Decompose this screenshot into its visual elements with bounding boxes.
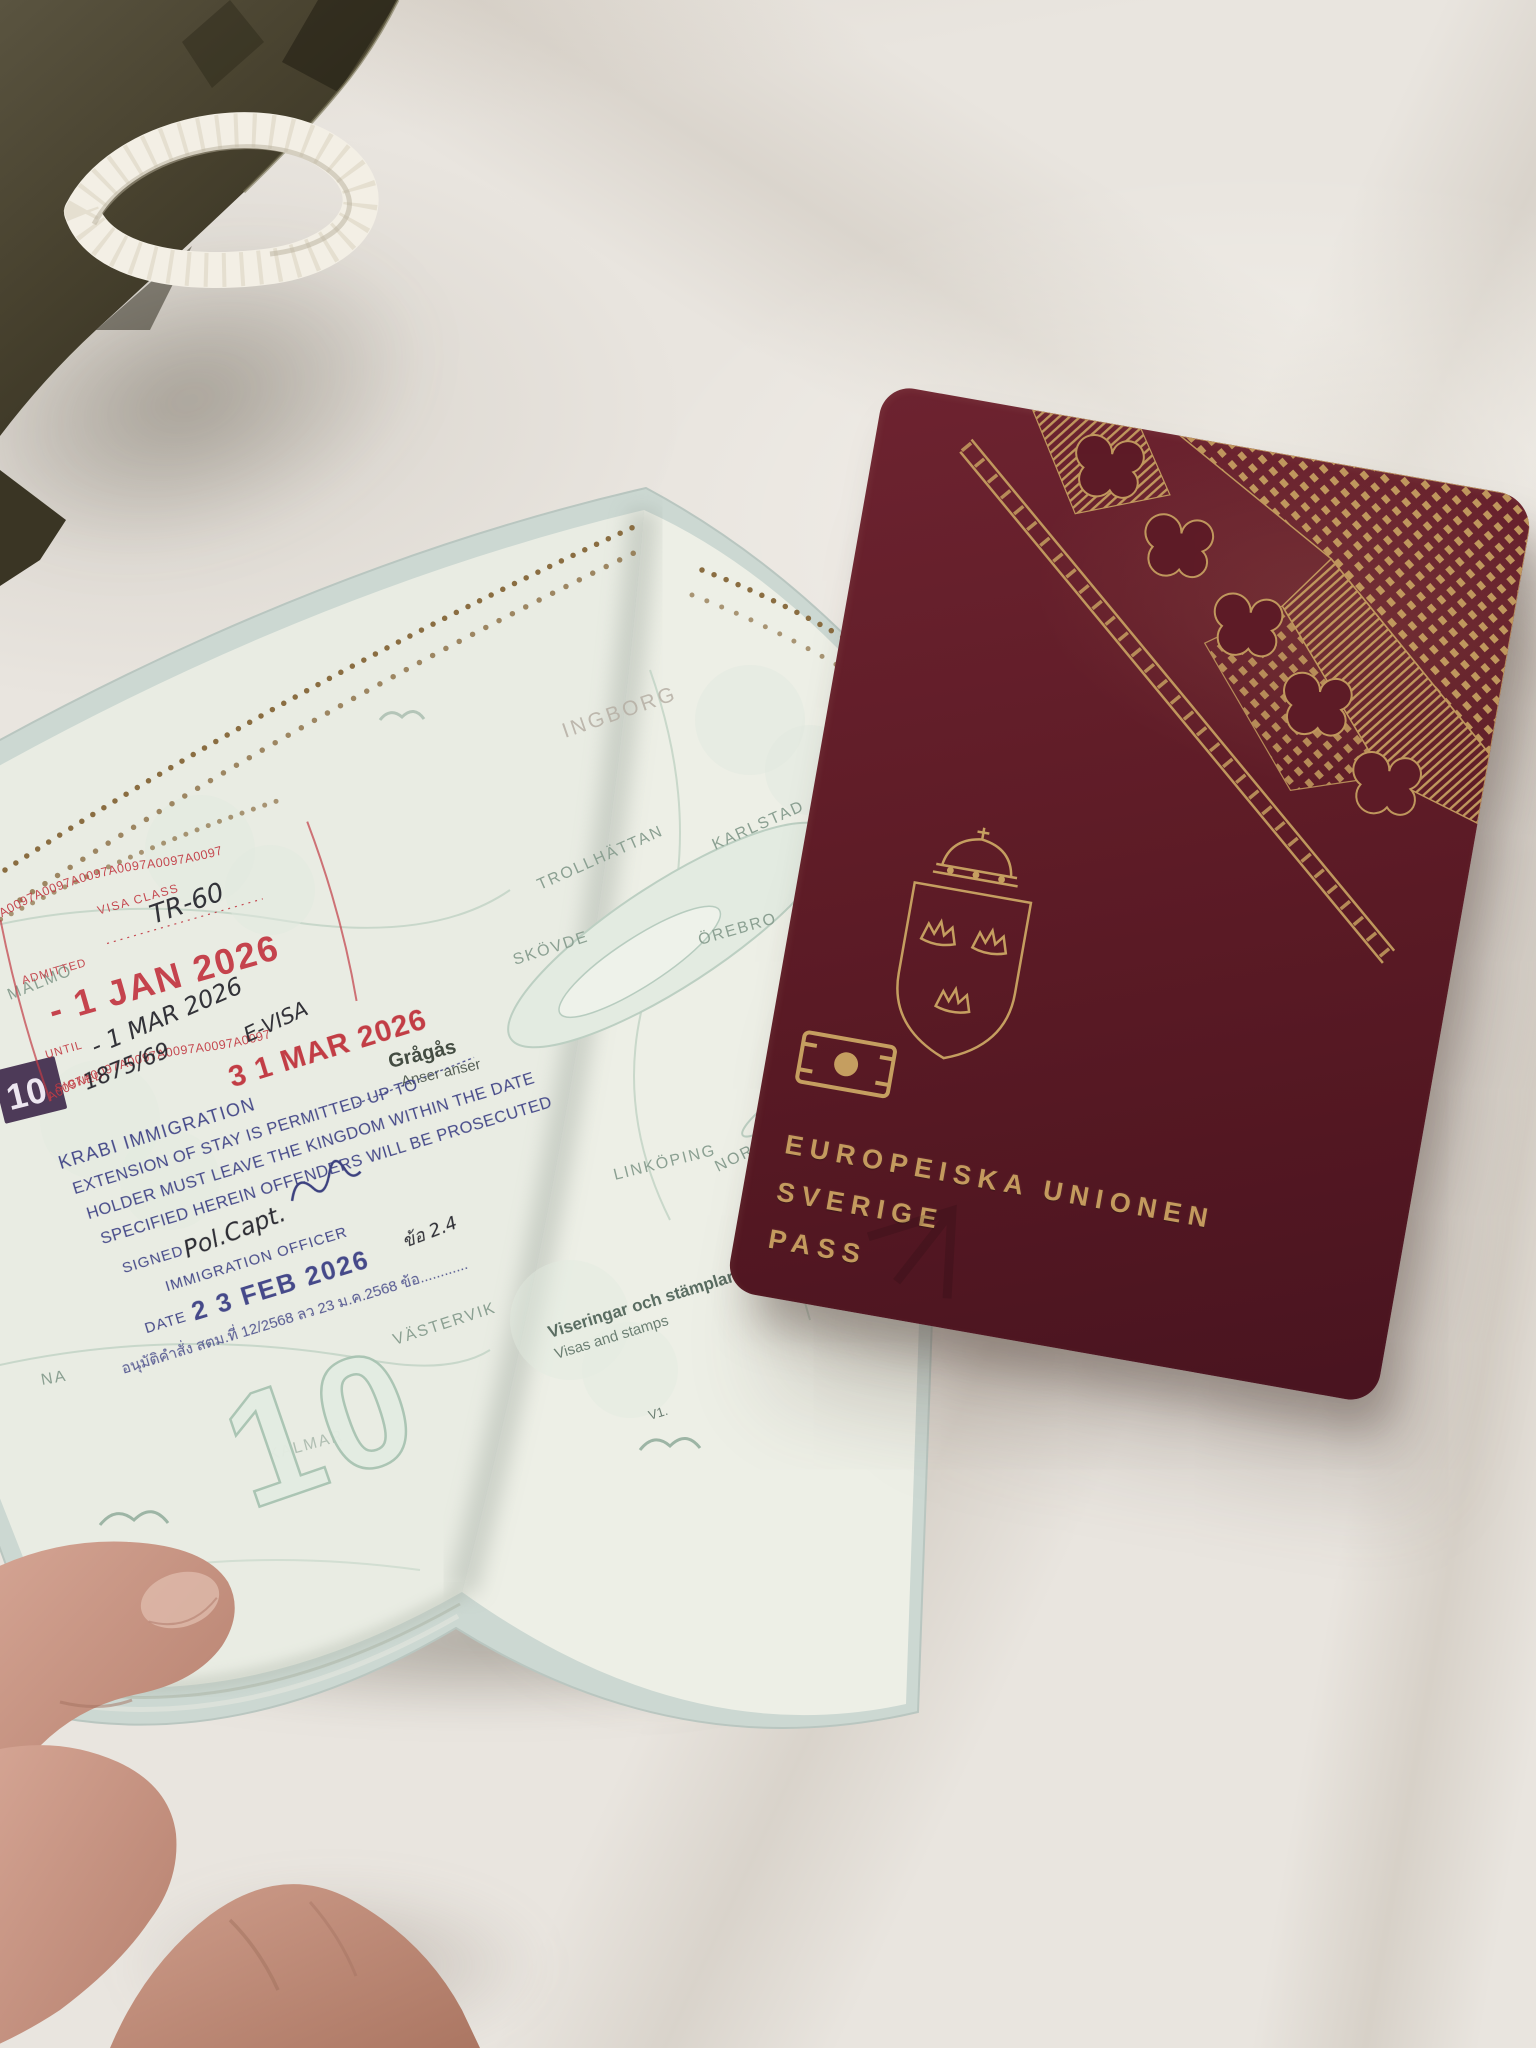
finger — [110, 1884, 480, 2048]
photo-scene: TROLLHÄTTAN SKÖVDE VÄSTERVIK KALMAR MALM… — [0, 0, 1536, 2048]
hand — [0, 1450, 560, 2048]
embossed-wing-mark-icon — [835, 1161, 1017, 1327]
